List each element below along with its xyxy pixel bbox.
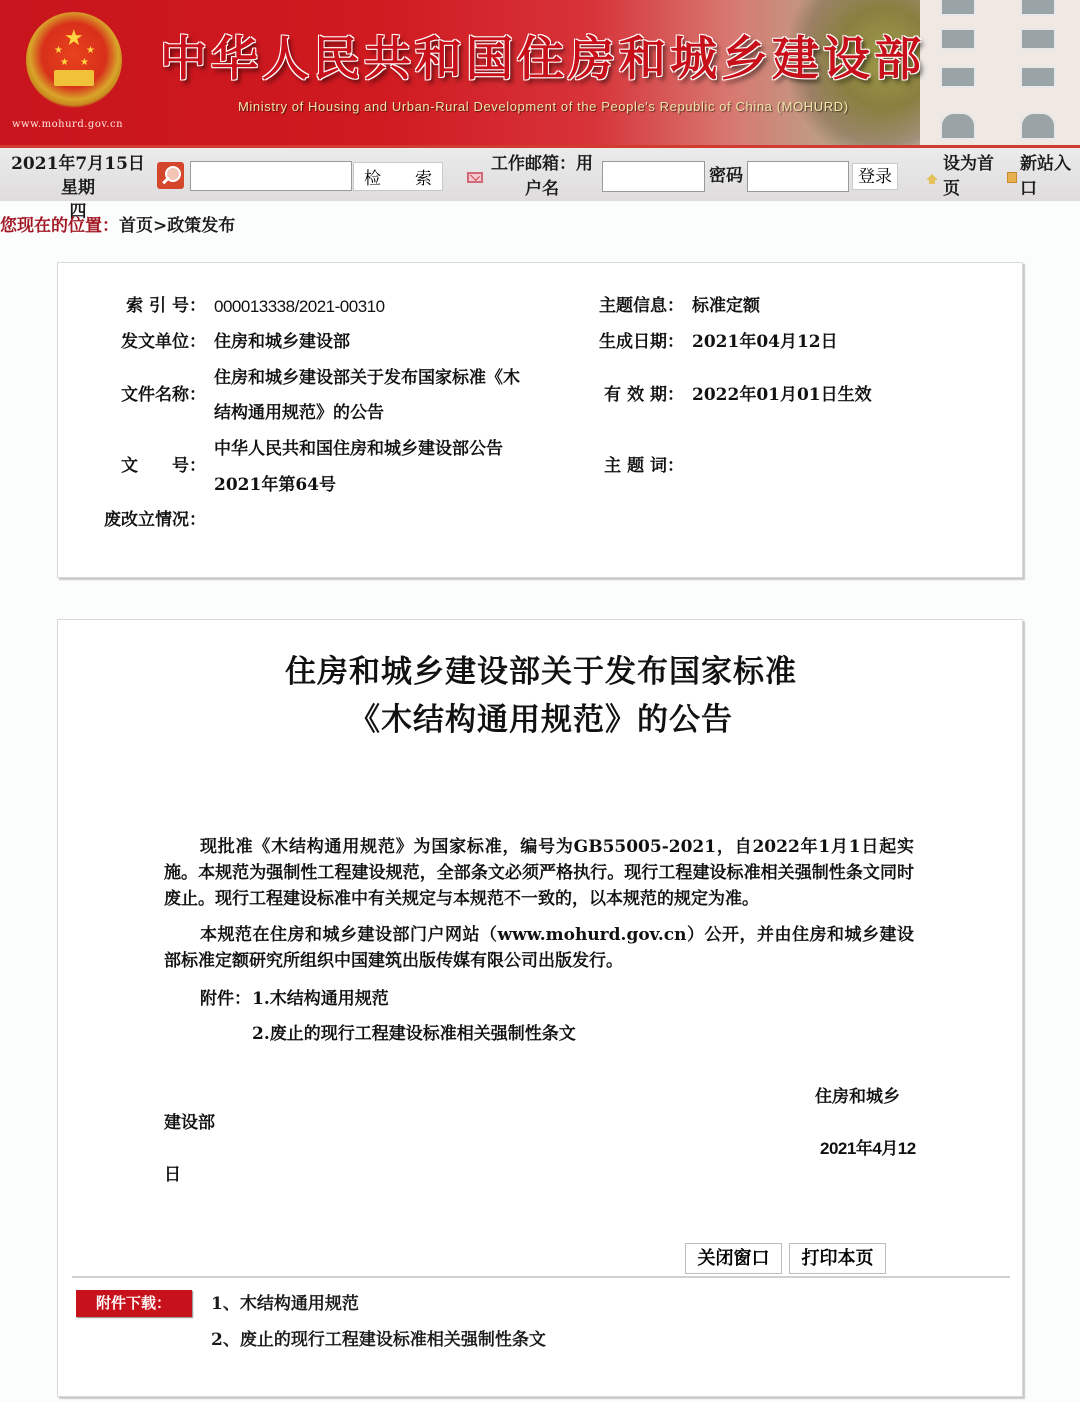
breadcrumb-home[interactable]: 首页 <box>119 216 153 236</box>
new-site-icon[interactable] <box>1007 172 1017 183</box>
username-input[interactable] <box>602 161 705 192</box>
attachment-download-badge: 附件下载： <box>76 1290 192 1317</box>
article-paragraph-1: 现批准《木结构通用规范》为国家标准，编号为GB55005-2021，自2022年… <box>164 834 914 912</box>
new-site-line-2: 口 <box>1020 177 1078 202</box>
home-icon[interactable] <box>926 174 938 182</box>
article-paragraph-2: 本规范在住房和城乡建设部门户网站（www.mohurd.gov.cn）公开，并由… <box>164 922 914 974</box>
doc-no-value-line-2: 2021年第64号 <box>214 468 336 503</box>
mail-icon <box>467 172 483 183</box>
issuer-value: 住房和城乡建设部 <box>214 325 350 360</box>
keywords-label: 主 题 词： <box>578 449 684 484</box>
attachment-item-1: 1.木结构通用规范 <box>252 986 389 1012</box>
email-label-line-2: 户名 <box>486 177 598 202</box>
site-subtitle: Ministry of Housing and Urban-Rural Deve… <box>238 99 849 114</box>
signature-line-2: 建设部 <box>164 1110 215 1136</box>
issuer-label: 发文单位： <box>98 325 206 360</box>
file-name-value-line-1: 住房和城乡建设部关于发布国家标准《木 <box>214 361 520 396</box>
site-title: 中华人民共和国住房和城乡建设部 <box>160 22 925 89</box>
attachments-label: 附件： <box>200 986 251 1012</box>
attachment-item-2: 2.废止的现行工程建设标准相关强制性条文 <box>252 1021 576 1047</box>
signature-line-1: 住房和城乡 <box>815 1084 900 1110</box>
validity-value: 2022年01月01日生效 <box>692 378 872 413</box>
search-button[interactable]: 检 索 <box>353 162 443 191</box>
article-panel: 住房和城乡建设部关于发布国家标准 《木结构通用规范》的公告 现批准《木结构通用规… <box>57 619 1023 1397</box>
search-button-label-2: 索 <box>415 164 432 189</box>
sign-date-line-1: 2021年4月12 <box>820 1136 916 1162</box>
close-window-button[interactable]: 关闭窗口 <box>685 1243 782 1274</box>
index-no-value: 000013338/2021-00310 <box>214 289 385 324</box>
email-label-line-1: 工作邮箱：用 <box>486 152 598 177</box>
password-input[interactable] <box>747 161 849 192</box>
breadcrumb-separator: > <box>153 216 167 236</box>
breadcrumb-label: 您现在的位置： <box>0 216 119 236</box>
email-username-label: 工作邮箱：用 户名 <box>486 152 598 202</box>
password-label: 密码 <box>709 164 743 188</box>
divider <box>72 1276 1010 1278</box>
search-icon[interactable] <box>157 162 184 189</box>
breadcrumb: 您现在的位置：首页>政策发布 <box>0 211 235 236</box>
download-link-2[interactable]: 2、废止的现行工程建设标准相关强制性条文 <box>211 1327 546 1353</box>
sign-date-line-2: 日 <box>164 1162 181 1188</box>
set-home-line-2: 页 <box>943 177 1001 202</box>
article-title: 住房和城乡建设部关于发布国家标准 《木结构通用规范》的公告 <box>58 648 1024 744</box>
topic-label: 主题信息： <box>578 289 684 324</box>
doc-no-label: 文 号： <box>98 449 206 484</box>
status-label: 废改立情况： <box>78 503 206 538</box>
new-site-line-1: 新站入 <box>1020 152 1078 177</box>
top-toolbar: 2021年7月15日 星期 四 检 索 工作邮箱：用 户名 密码 登录 设为首 … <box>0 145 1080 201</box>
set-homepage-link[interactable]: 设为首 页 <box>943 152 1001 202</box>
validity-label: 有 效 期： <box>578 378 684 413</box>
file-name-label: 文件名称： <box>98 378 206 413</box>
article-title-line-1: 住房和城乡建设部关于发布国家标准 <box>58 648 1024 696</box>
file-name-value-line-2: 结构通用规范》的公告 <box>214 396 384 431</box>
created-date-value: 2021年04月12日 <box>692 325 838 360</box>
banner-building-image <box>920 0 1080 145</box>
login-button[interactable]: 登录 <box>852 163 898 190</box>
download-link-1[interactable]: 1、木结构通用规范 <box>211 1291 359 1317</box>
site-url: www.mohurd.gov.cn <box>12 119 123 130</box>
national-emblem-icon: ★ ★ ★ ★ ★ <box>26 12 122 108</box>
site-banner: ★ ★ ★ ★ ★ www.mohurd.gov.cn 中华人民共和国住房和城乡… <box>0 0 1080 145</box>
search-button-label-1: 检 <box>364 164 381 189</box>
doc-no-value-line-1: 中华人民共和国住房和城乡建设部公告 <box>214 432 503 467</box>
article-title-line-2: 《木结构通用规范》的公告 <box>58 696 1024 744</box>
index-no-label: 索 引 号： <box>98 289 206 324</box>
set-home-line-1: 设为首 <box>943 152 1001 177</box>
search-input[interactable] <box>190 161 352 191</box>
document-metadata-panel: 索 引 号： 000013338/2021-00310 发文单位： 住房和城乡建… <box>57 262 1023 578</box>
breadcrumb-policy[interactable]: 政策发布 <box>167 216 235 236</box>
created-date-label: 生成日期： <box>578 325 684 360</box>
date-line-1: 2021年7月15日 星期 <box>2 152 154 200</box>
new-site-link[interactable]: 新站入 口 <box>1020 152 1078 202</box>
print-page-button[interactable]: 打印本页 <box>789 1243 886 1274</box>
topic-value: 标准定额 <box>692 289 760 324</box>
